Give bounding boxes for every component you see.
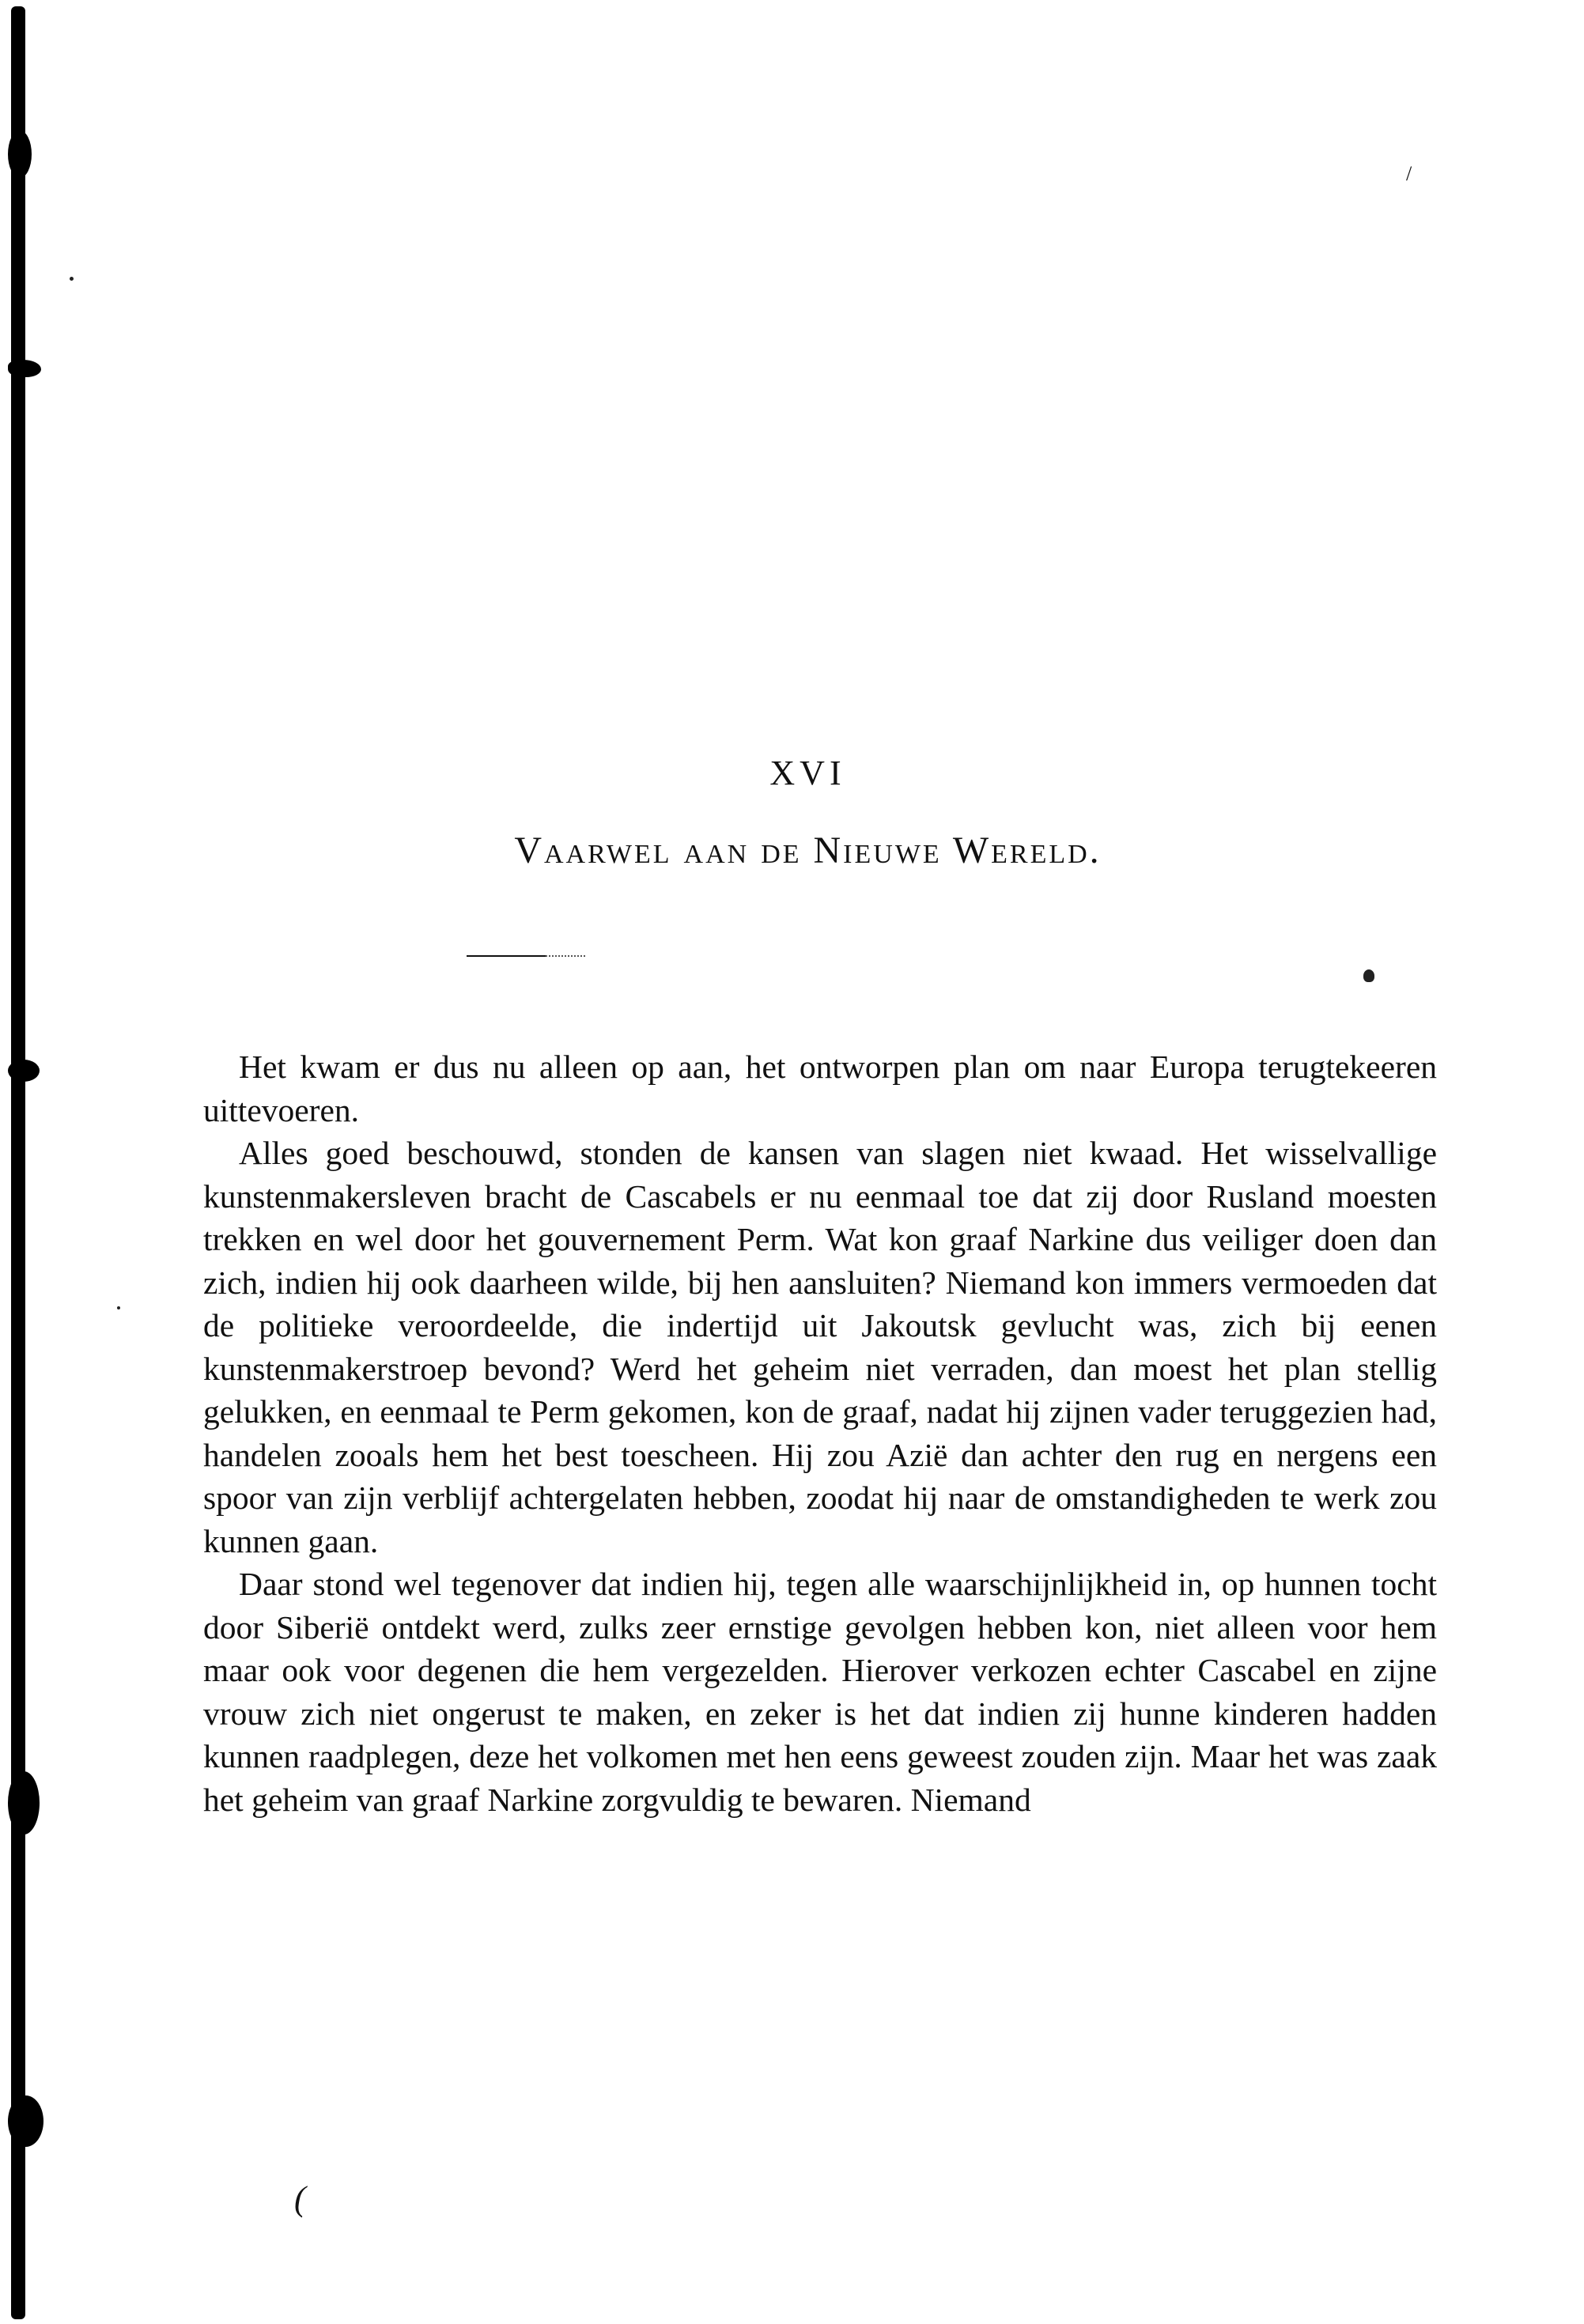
paragraph: Het kwam er dus nu alleen op aan, het on… (203, 1045, 1437, 1132)
stray-mark-top-right: / (1406, 162, 1412, 186)
binding-smudge (8, 1060, 40, 1082)
chapter-number: XVI (0, 753, 1584, 793)
binding-edge (11, 6, 25, 2319)
binding-smudge (8, 1771, 40, 1835)
page-speck (117, 1306, 120, 1309)
paragraph: Daar stond wel tegenover dat indien hij,… (203, 1563, 1437, 1821)
paragraph: Alles goed beschouwd, stonden de kansen … (203, 1132, 1437, 1563)
stray-mark-bottom-left: ( (294, 2179, 306, 2219)
title-rule (467, 955, 546, 957)
page-speck (70, 277, 74, 281)
binding-smudge (8, 2095, 43, 2147)
binding-smudge (8, 360, 41, 377)
chapter-title: Vaarwel aan de Nieuwe Wereld. (0, 829, 1584, 872)
body-text: Het kwam er dus nu alleen op aan, het on… (203, 1045, 1437, 1821)
binding-smudge (8, 130, 32, 178)
title-rule-dots (546, 955, 585, 957)
page-speck (1363, 969, 1374, 982)
